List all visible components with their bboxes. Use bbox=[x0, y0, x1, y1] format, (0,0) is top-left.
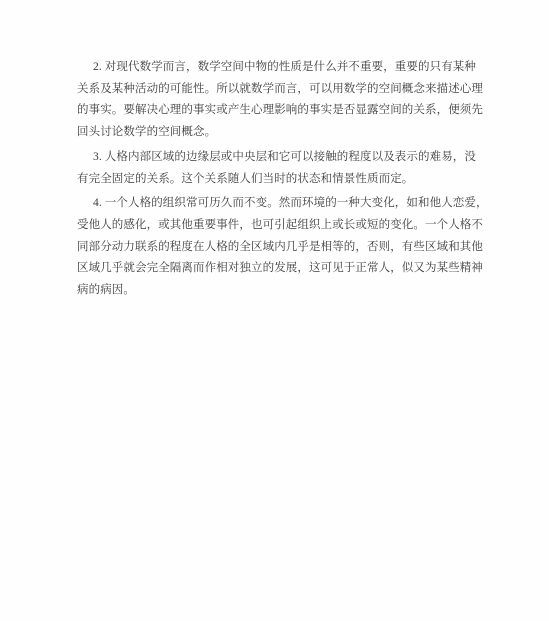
text-line: 同部分动力联系的程度在人格的全区域内几乎是相等的，否则，有些区域和其他 bbox=[77, 237, 473, 259]
text-line: 病的病因。 bbox=[77, 280, 473, 302]
document-page: 2. 对现代数学而言，数学空间中物的性质是什么并不重要，重要的只有某种 关系及某… bbox=[0, 0, 549, 621]
text-line: 受他人的感化，或其他重要事件，也可引起组织上或长或短的变化。一个人格不 bbox=[77, 215, 473, 237]
text-line: 关系及某种活动的可能性。所以就数学而言，可以用数学的空间概念来描述心理 bbox=[77, 79, 473, 101]
paragraph-4: 4. 一个人格的组织常可历久而不变。然而环境的一种大变化，如和他人恋爱， 受他人… bbox=[77, 193, 473, 302]
text-block: 2. 对现代数学而言，数学空间中物的性质是什么并不重要，重要的只有某种 关系及某… bbox=[77, 57, 473, 302]
text-line: 回头讨论数学的空间概念。 bbox=[77, 122, 473, 144]
paragraph-3: 3. 人格内部区域的边缘层或中央层和它可以接触的程度以及表示的难易，没 有完全固… bbox=[77, 147, 473, 190]
text-line: 的事实。要解决心理的事实或产生心理影响的事实是否显露空间的关系，便须先 bbox=[77, 100, 473, 122]
text-line: 4. 一个人格的组织常可历久而不变。然而环境的一种大变化，如和他人恋爱， bbox=[77, 193, 473, 215]
text-line: 区域几乎就会完全隔离而作相对独立的发展，这可见于正常人，似又为某些精神 bbox=[77, 258, 473, 280]
text-line: 3. 人格内部区域的边缘层或中央层和它可以接触的程度以及表示的难易，没 bbox=[77, 147, 473, 169]
paragraph-2: 2. 对现代数学而言，数学空间中物的性质是什么并不重要，重要的只有某种 关系及某… bbox=[77, 57, 473, 144]
text-line: 有完全固定的关系。这个关系随人们当时的状态和情景性质而定。 bbox=[77, 169, 473, 191]
text-line: 2. 对现代数学而言，数学空间中物的性质是什么并不重要，重要的只有某种 bbox=[77, 57, 473, 79]
